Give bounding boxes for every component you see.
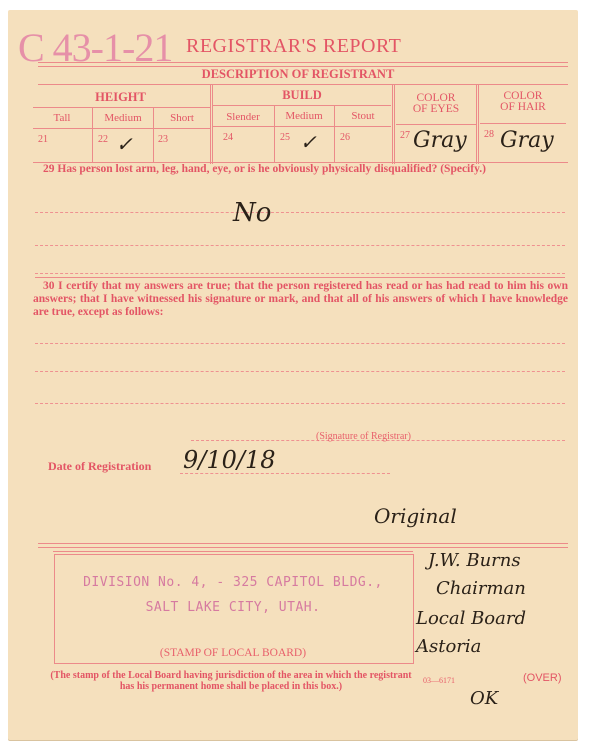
height-short-label: Short — [154, 112, 210, 124]
field-number-24: 24 — [223, 132, 233, 143]
question-29-answer: No — [233, 198, 271, 228]
stamp-line-1: DIVISION No. 4, - 325 CAPITOL BLDG., — [54, 575, 412, 590]
signer-board: Local Board — [416, 608, 526, 629]
registration-card: C 43-1-21 REGISTRAR'S REPORT DESCRIPTION… — [8, 10, 578, 740]
build-medium-check: ✓ — [300, 130, 317, 154]
field-number-28: 28 — [484, 129, 494, 140]
form-number: 03—6171 — [423, 676, 455, 685]
eye-color-value: Gray — [413, 128, 467, 153]
signature-label: (Signature of Registrar) — [316, 431, 411, 442]
field-number-25: 25 — [280, 132, 290, 143]
question-29-text: 29 Has person lost arm, leg, hand, eye, … — [33, 163, 568, 176]
field-number-27: 27 — [400, 130, 410, 141]
field-number-26: 26 — [340, 132, 350, 143]
eyes-header: COLOR OF EYES — [396, 93, 476, 115]
stamp-line-2: SALT LAKE CITY, UTAH. — [54, 600, 412, 615]
over-label: (OVER) — [523, 672, 562, 684]
original-annotation: Original — [374, 504, 457, 528]
build-medium-label: Medium — [275, 110, 333, 122]
field-number-23: 23 — [158, 134, 168, 145]
initials-annotation: OK — [470, 688, 498, 709]
date-value: 9/10/18 — [183, 446, 276, 474]
serial-stamp: C 43-1-21 — [18, 24, 172, 71]
height-medium-check: ✓ — [116, 132, 133, 156]
signer-title: Chairman — [436, 578, 526, 599]
section-title: DESCRIPTION OF REGISTRANT — [158, 67, 438, 82]
stamp-note: (The stamp of the Local Board having jur… — [46, 670, 416, 692]
height-medium-label: Medium — [93, 112, 153, 124]
field-number-21: 21 — [38, 134, 48, 145]
hair-color-value: Gray — [500, 128, 554, 153]
signer-location: Astoria — [416, 636, 481, 657]
build-stout-label: Stout — [335, 110, 391, 122]
date-label: Date of Registration — [48, 460, 151, 473]
build-header: BUILD — [213, 88, 391, 103]
stamp-caption: (STAMP OF LOCAL BOARD) — [54, 647, 412, 659]
height-tall-label: Tall — [33, 112, 91, 124]
field-number-22: 22 — [98, 134, 108, 145]
signer-name: J.W. Burns — [428, 550, 521, 571]
build-slender-label: Slender — [213, 111, 273, 123]
page-title: REGISTRAR'S REPORT — [186, 35, 401, 58]
hair-header: COLOR OF HAIR — [480, 91, 566, 113]
height-header: HEIGHT — [33, 90, 208, 105]
question-30-text: 30 I certify that my answers are true; t… — [33, 280, 568, 319]
